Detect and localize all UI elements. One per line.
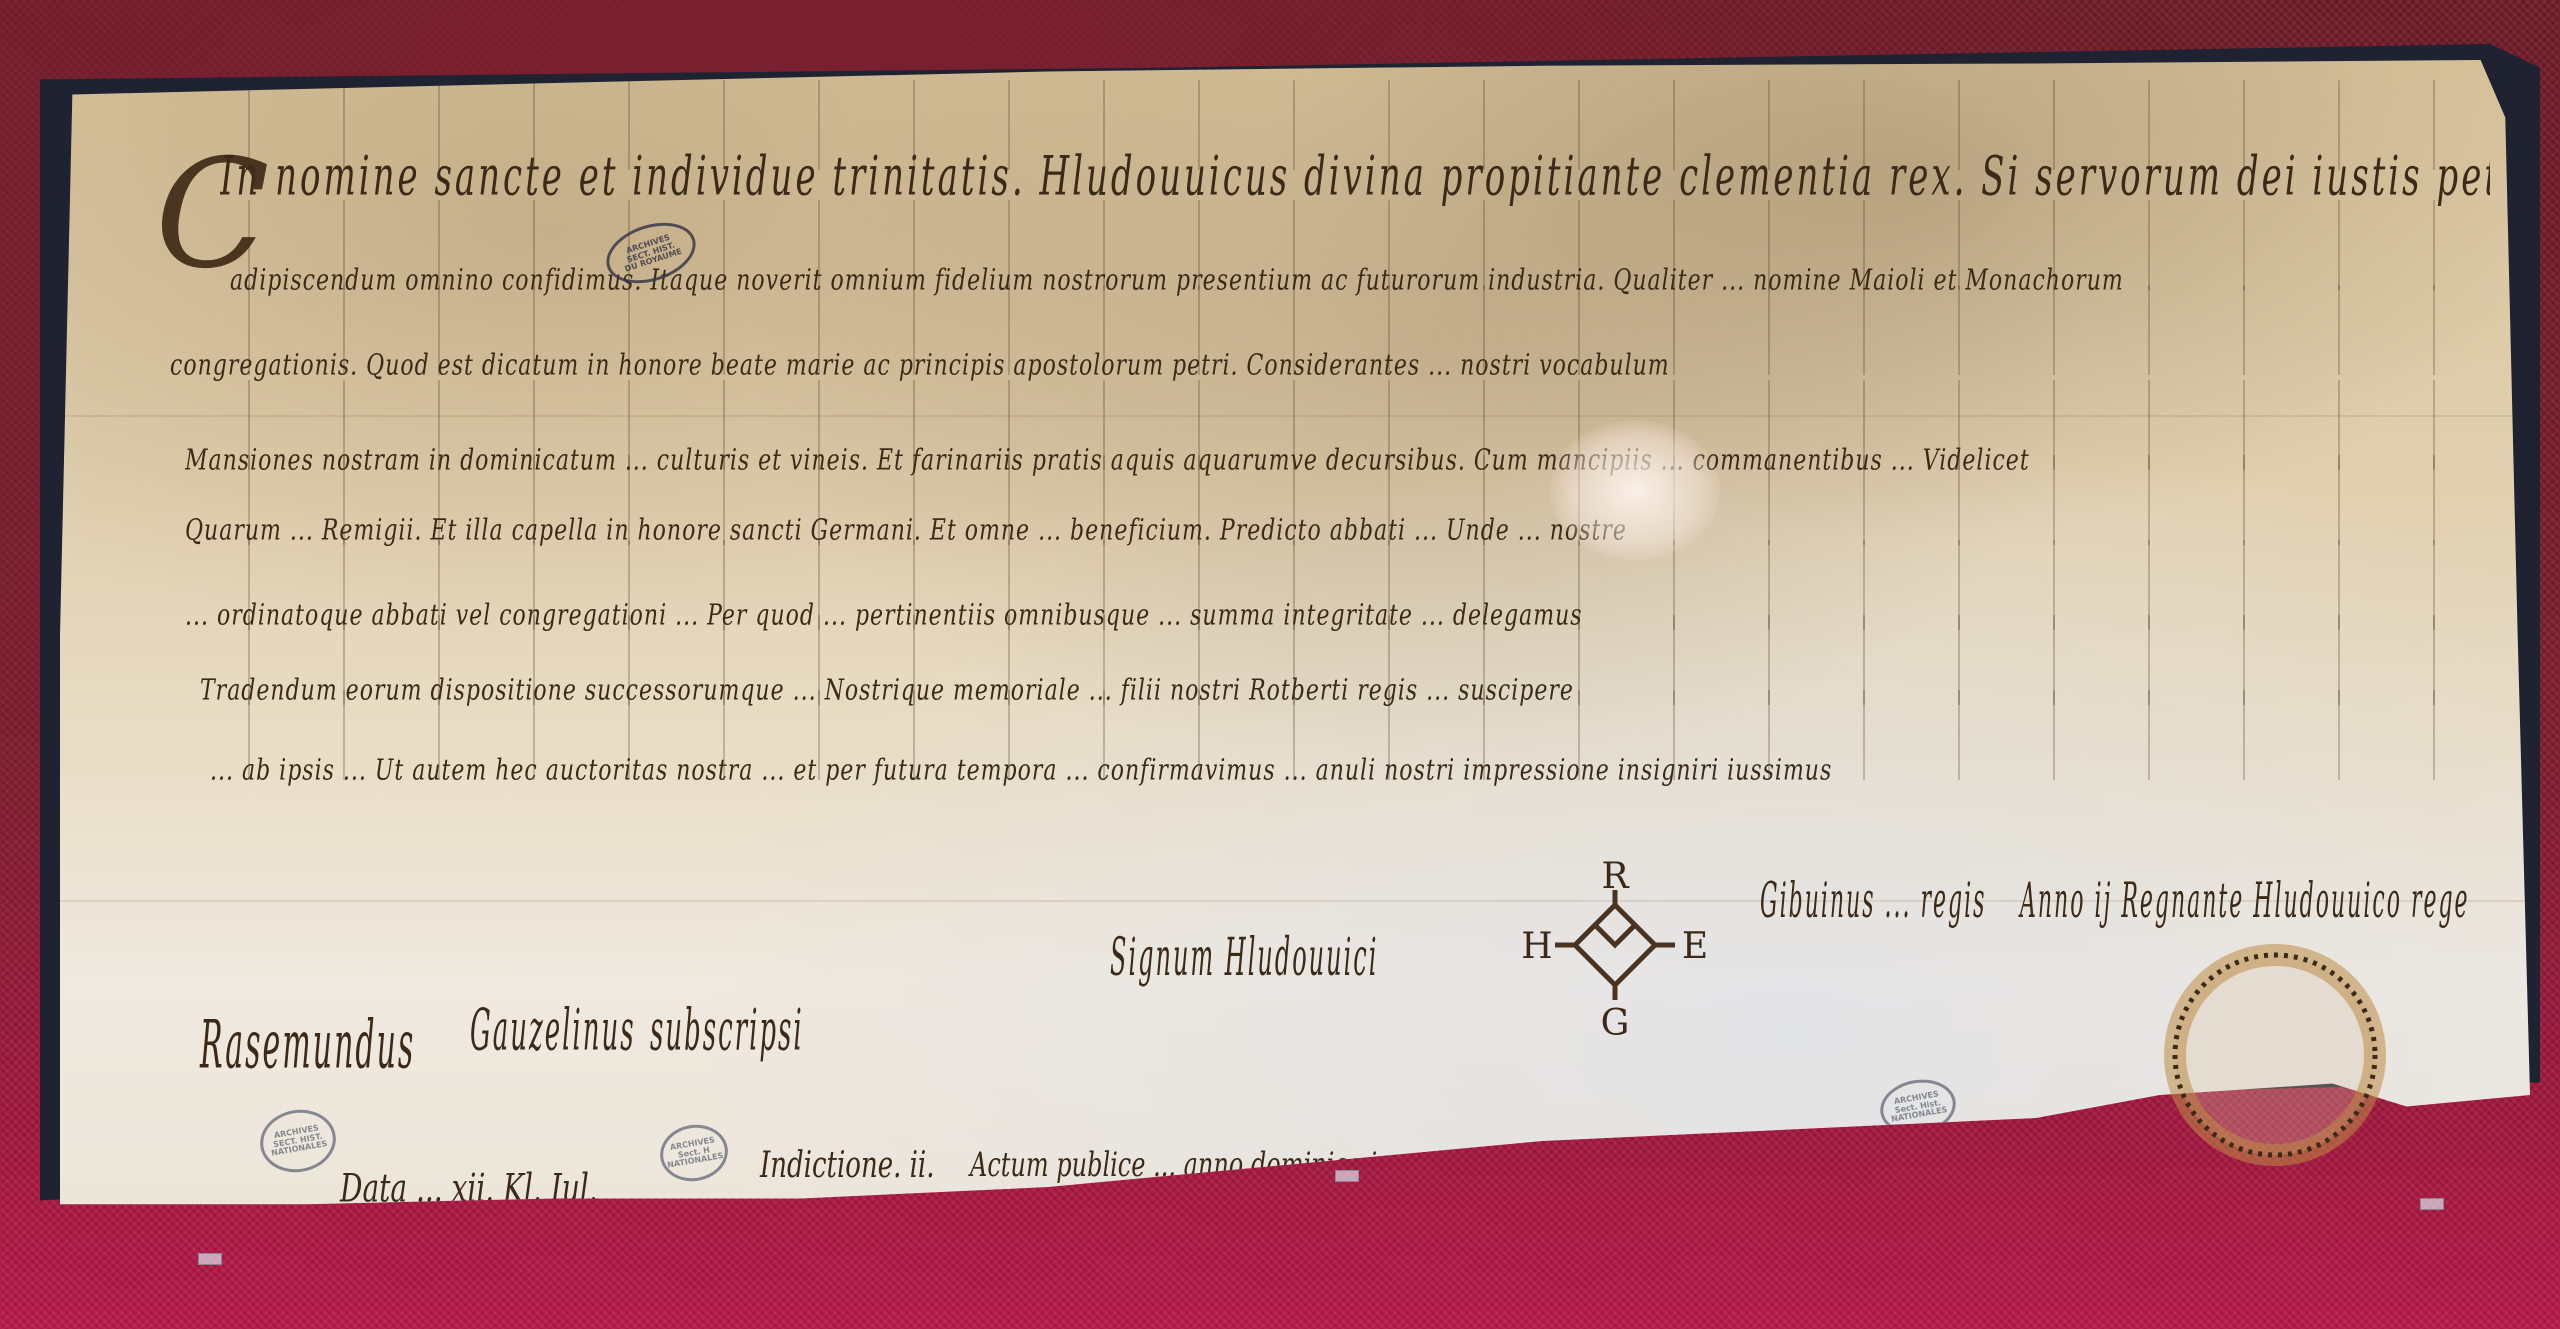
archives-nationales-stamp: ARCHIVES Sect. Hist. NATIONALES — [1876, 1074, 1960, 1140]
dating-clause: Data ... xii. Kl. Iul. — [340, 1165, 598, 1211]
archives-nationales-stamp: ARCHIVES Sect. H NATIONALES — [656, 1120, 733, 1187]
signature-rasemundus: Rasemundus — [200, 1008, 415, 1085]
archives-nationales-stamp: ARCHIVES SECT. HIST. NATIONALES — [255, 1104, 341, 1178]
text-line-8: ... ab ipsis ... Ut autem hec auctoritas… — [210, 755, 2490, 788]
regnal-year-line: Anno ij Regnante Hludouuico rege — [2020, 875, 2470, 930]
chancery-subscription: Gibuinus ... regis — [1760, 875, 1986, 930]
seal-trace — [2150, 930, 2400, 1180]
mounting-clip — [1335, 1170, 1359, 1182]
signum-line: Signum Hludouuici — [1110, 926, 1378, 988]
monogram-letter-top: R — [1601, 856, 1629, 897]
monogram-letter-bottom: G — [1601, 1003, 1630, 1044]
signature-subscripsi: subscripsi — [650, 999, 804, 1065]
glass-glare-reflection — [1550, 420, 1720, 560]
indiction-clause: Indictione. ii. — [760, 1145, 935, 1187]
mounting-clip — [2420, 1198, 2444, 1210]
monogram-letter-right: E — [1682, 926, 1708, 967]
mounting-clip — [198, 1253, 222, 1265]
signature-gauzelinus: Gauzelinus — [470, 999, 636, 1065]
stamp-label: NATIONALES — [667, 1152, 724, 1171]
monogram-letter-left: H — [1521, 926, 1552, 967]
text-line-3: congregationis. Quod est dicatum in hono… — [170, 350, 2490, 383]
royal-monogram: R H E G — [1515, 850, 1715, 1050]
